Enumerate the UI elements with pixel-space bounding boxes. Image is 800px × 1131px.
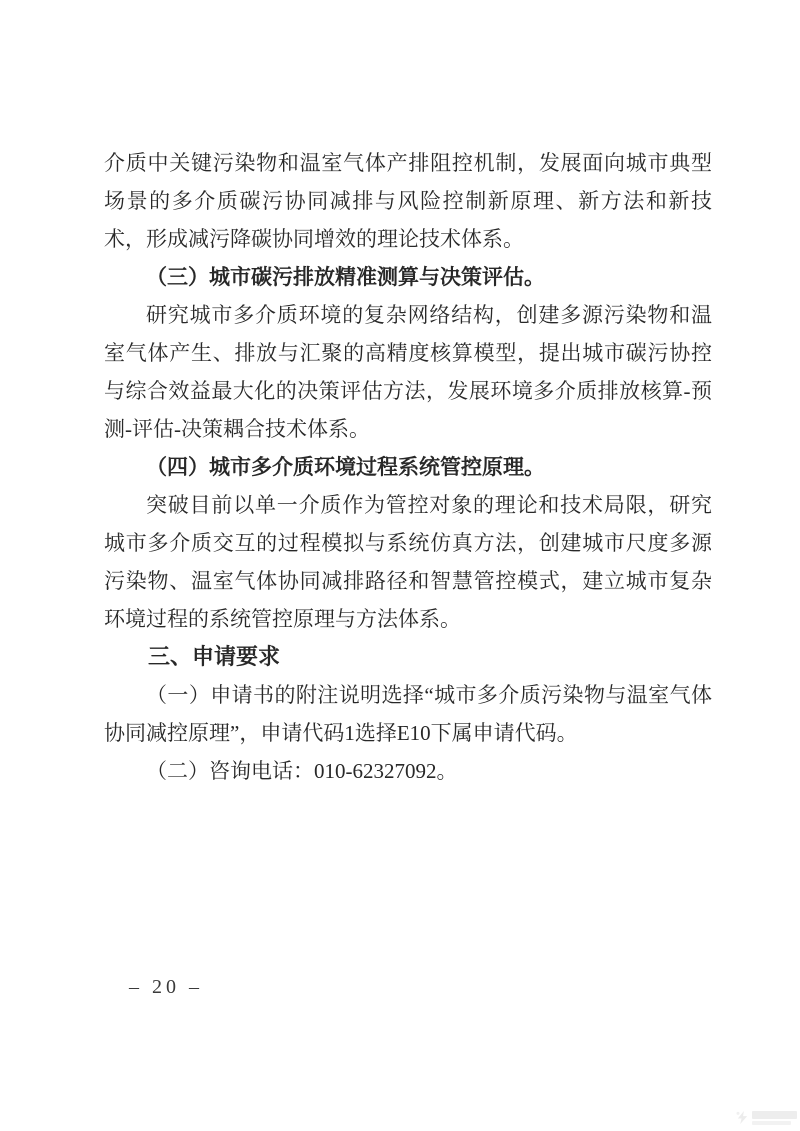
document-body: 介质中关键污染物和温室气体产排阻控机制，发展面向城市典型场景的多介质碳污协同减排… [104, 144, 712, 790]
subheading-section-three: （三）城市碳污排放精准测算与决策评估。 [104, 258, 712, 296]
section-heading-application-requirements: 三、申请要求 [104, 638, 712, 676]
document-page: 介质中关键污染物和温室气体产排阻控机制，发展面向城市典型场景的多介质碳污协同减排… [0, 0, 800, 1131]
watermark-logo-icon [735, 1110, 750, 1125]
body-paragraph-requirement-one: （一）申请书的附注说明选择“城市多介质污染物与温室气体协同减控原理”，申请代码1… [104, 676, 712, 752]
body-paragraph-requirement-two: （二）咨询电话：010-62327092。 [104, 752, 712, 790]
watermark [735, 1108, 797, 1127]
watermark-text-line-bottom [752, 1121, 791, 1125]
body-paragraph-section-four: 突破目前以单一介质作为管控对象的理论和技术局限，研究城市多介质交互的过程模拟与系… [104, 486, 712, 638]
paragraph-continued-from-previous-page: 介质中关键污染物和温室气体产排阻控机制，发展面向城市典型场景的多介质碳污协同减排… [104, 144, 712, 258]
subheading-section-four: （四）城市多介质环境过程系统管控原理。 [104, 448, 712, 486]
watermark-text-line-top [752, 1111, 797, 1119]
page-number: – 20 – [129, 974, 203, 1000]
watermark-text-lines [752, 1111, 797, 1125]
body-paragraph-section-three: 研究城市多介质环境的复杂网络结构，创建多源污染物和温室气体产生、排放与汇聚的高精… [104, 296, 712, 448]
